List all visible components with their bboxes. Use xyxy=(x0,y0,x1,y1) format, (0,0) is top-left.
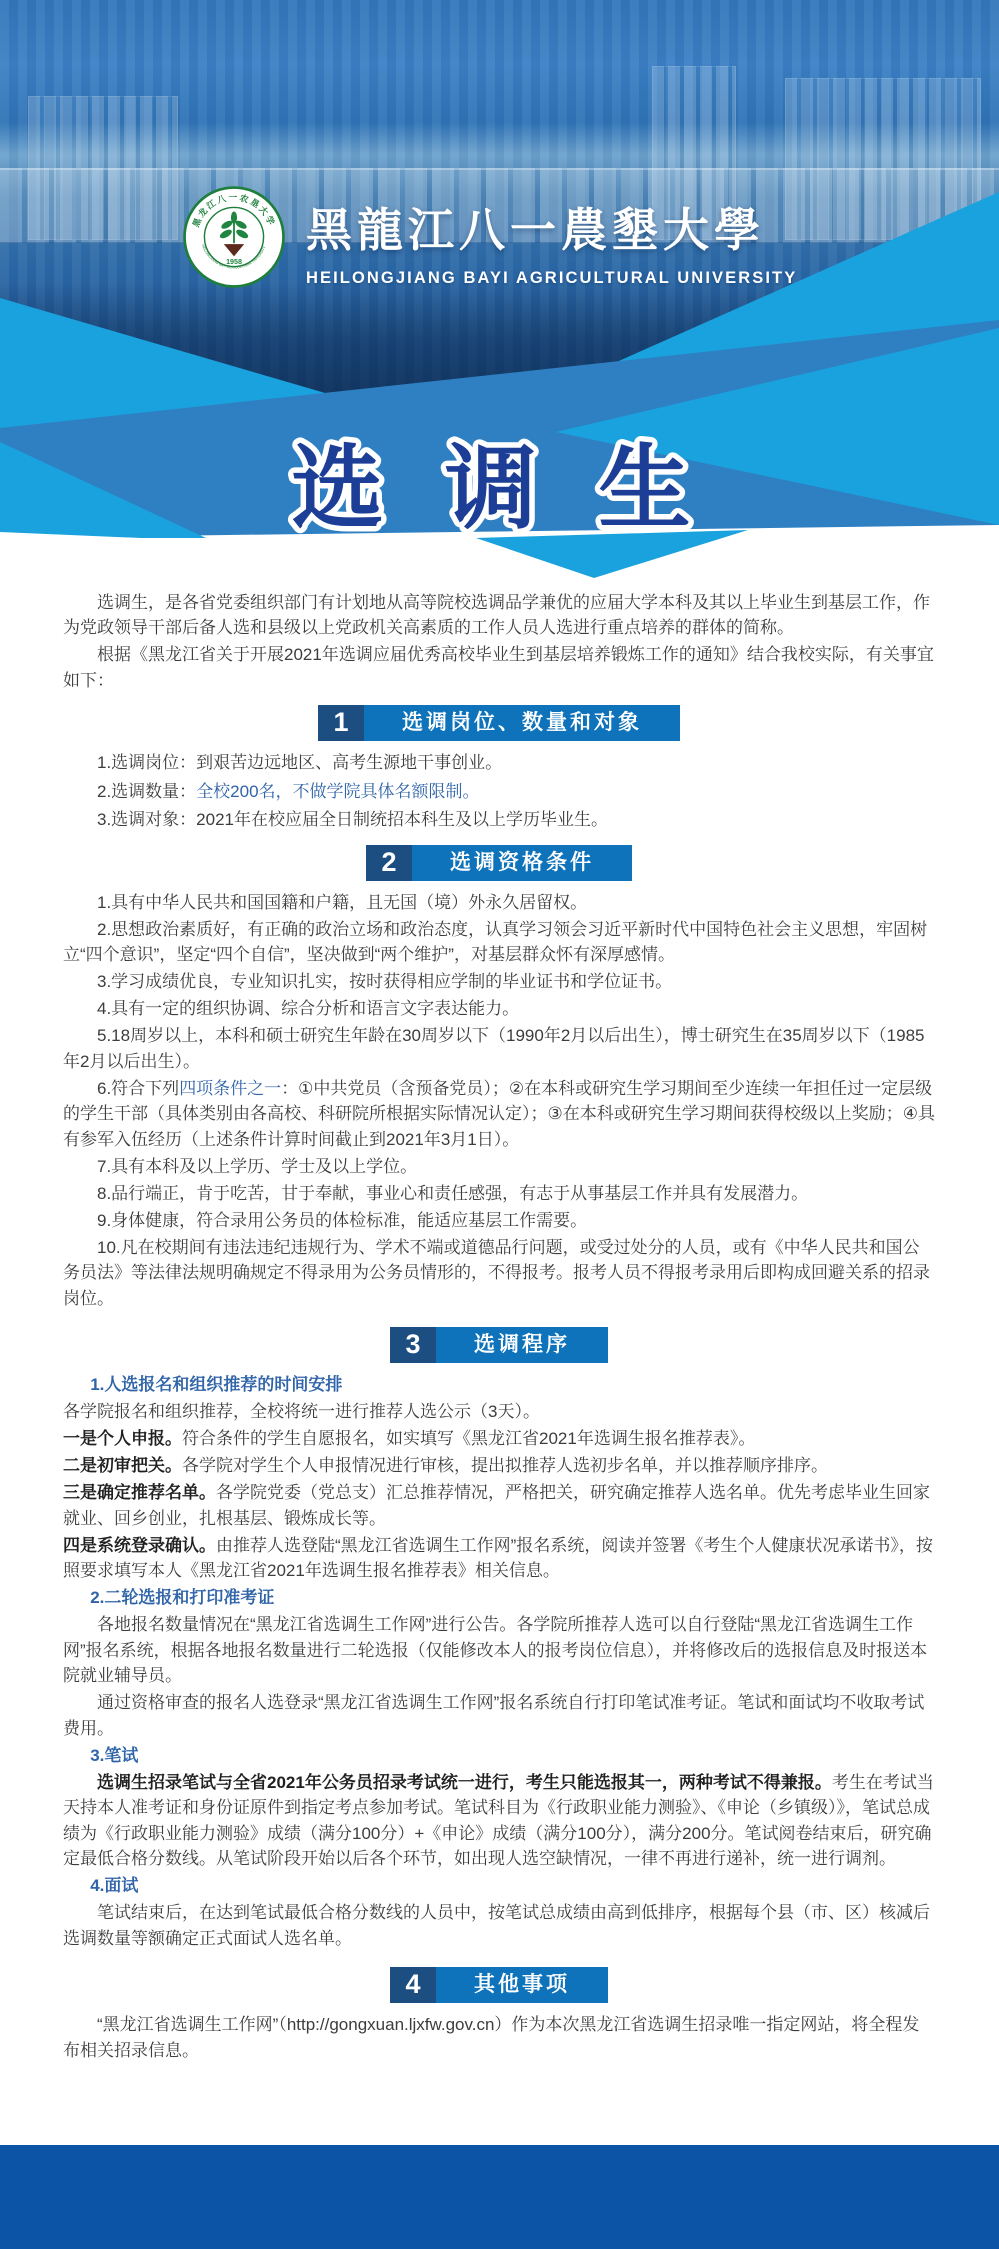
subsection-heading: 4.面试 xyxy=(63,1873,935,1899)
banner-title-svg: 选 调 生 xyxy=(180,418,820,550)
banner-title: 选 调 生 xyxy=(0,418,999,555)
paragraph: 笔试结束后，在达到笔试最低合格分数线的人员中，按笔试总成绩由高到低排序，根据每个… xyxy=(63,1900,935,1951)
item-accent-text: 全校200名，不做学院具体名额限制。 xyxy=(196,782,479,801)
list-item: 10.凡在校期间有违法违纪违规行为、学术不端或道德品行问题，或受过处分的人员，或… xyxy=(63,1235,935,1312)
paragraph-lead-bold: 四是系统登录确认。 xyxy=(63,1536,216,1555)
paragraph: 通过资格审查的报名人选登录“黑龙江省选调生工作网”报名系统自行打印笔试准考证。笔… xyxy=(63,1690,935,1741)
section-1-title: 选调岗位、数量和对象 xyxy=(364,705,680,741)
paragraph: 各学院报名和组织推荐，全校将统一进行推荐人选公示（3天）。 xyxy=(63,1399,935,1425)
poster: 黑龙江八一农垦大学 HEILONGJIANG BAYI AGRICULTURAL… xyxy=(0,0,999,2249)
content: 选调生，是各省党委组织部门有计划地从高等院校选调品学兼优的应届大学本科及其以上毕… xyxy=(0,580,999,2063)
subsection-heading: 3.笔试 xyxy=(63,1743,935,1769)
section-1-items: 1.选调岗位：到艰苦边远地区、高考生源地干事创业。 2.选调数量：全校200名，… xyxy=(63,750,935,833)
list-item: 8.品行端正，肯于吃苦，甘于奉献，事业心和责任感强，有志于从事基层工作并具有发展… xyxy=(63,1181,935,1207)
item-text: 6.符合下列 xyxy=(97,1079,179,1098)
paragraph-lead-bold: 一是个人申报。 xyxy=(63,1429,182,1448)
section-1-header: 1 选调岗位、数量和对象 xyxy=(318,705,680,741)
paragraph: 各地报名数量情况在“黑龙江省选调生工作网”进行公告。各学院所推荐人选可以自行登陆… xyxy=(63,1612,935,1689)
subsection-heading: 2.二轮选报和打印准考证 xyxy=(63,1585,935,1611)
paragraph: 四是系统登录确认。由推荐人选登陆“黑龙江省选调生工作网”报名系统，阅读并签署《考… xyxy=(63,1533,935,1584)
paragraph: 三是确定推荐名单。各学院党委（党总支）汇总推荐情况，严格把关，研究确定推荐人选名… xyxy=(63,1480,935,1531)
list-item: 2.思想政治素质好，有正确的政治立场和政治态度，认真学习领会习近平新时代中国特色… xyxy=(63,917,935,968)
list-item: 9.身体健康，符合录用公务员的体检标准，能适应基层工作需要。 xyxy=(63,1208,935,1234)
paragraph: 一是个人申报。符合条件的学生自愿报名，如实填写《黑龙江省2021年选调生报名推荐… xyxy=(63,1426,935,1452)
intro-paragraph-1: 选调生，是各省党委组织部门有计划地从高等院校选调品学兼优的应届大学本科及其以上毕… xyxy=(63,590,935,641)
section-2-title: 选调资格条件 xyxy=(412,845,632,881)
item-accent-text: 四项条件之一 xyxy=(179,1079,281,1098)
section-4-header: 4 其他事项 xyxy=(390,1967,608,2003)
list-item: 1.具有中华人民共和国国籍和户籍，且无国（境）外永久居留权。 xyxy=(63,890,935,916)
section-4-title: 其他事项 xyxy=(436,1967,608,2003)
paragraph-text: 各学院对学生个人申报情况进行审核，提出拟推荐人选初步名单，并以推荐顺序排序。 xyxy=(182,1456,828,1475)
hero-header: 黑龙江八一农垦大学 HEILONGJIANG BAYI AGRICULTURAL… xyxy=(0,0,999,580)
list-item: 5.18周岁以上，本科和硕士研究生年龄在30周岁以下（1990年2月以后出生），… xyxy=(63,1023,935,1074)
section-3-title: 选调程序 xyxy=(436,1327,608,1363)
list-item: 3.学习成绩优良，专业知识扎实，按时获得相应学制的毕业证书和学位证书。 xyxy=(63,969,935,995)
banner-title-text: 选 调 生 xyxy=(291,438,708,540)
paragraph-lead-bold: 三是确定推荐名单。 xyxy=(63,1483,216,1502)
paragraph-lead-bold: 二是初审把关。 xyxy=(63,1456,182,1475)
list-item: 6.符合下列四项条件之一：①中共党员（含预备党员）；②在本科或研究生学习期间至少… xyxy=(63,1076,935,1153)
list-item: 1.选调岗位：到艰苦边远地区、高考生源地干事创业。 xyxy=(63,750,935,776)
list-item: 3.选调对象：2021年在校应届全日制统招本科生及以上学历毕业生。 xyxy=(63,807,935,833)
list-item: 4.具有一定的组织协调、综合分析和语言文字表达能力。 xyxy=(63,996,935,1022)
section-3-body: 1.人选报名和组织推荐的时间安排 各学院报名和组织推荐，全校将统一进行推荐人选公… xyxy=(63,1372,935,1951)
paragraph-lead-bold: 选调生招录笔试与全省2021年公务员招录考试统一进行，考生只能选报其一，两种考试… xyxy=(97,1773,832,1792)
section-2-number: 2 xyxy=(366,845,412,881)
title-banner: 选 调 生 xyxy=(0,180,999,580)
paragraph-text: 符合条件的学生自愿报名，如实填写《黑龙江省2021年选调生报名推荐表》。 xyxy=(182,1429,755,1448)
footer-bar xyxy=(0,2145,999,2249)
section-3-header: 3 选调程序 xyxy=(390,1327,608,1363)
section-4-number: 4 xyxy=(390,1967,436,2003)
section-2-header: 2 选调资格条件 xyxy=(366,845,632,881)
section-2-items: 1.具有中华人民共和国国籍和户籍，且无国（境）外永久居留权。 2.思想政治素质好… xyxy=(63,890,935,1312)
subsection-heading: 1.人选报名和组织推荐的时间安排 xyxy=(63,1372,935,1398)
paragraph: 选调生招录笔试与全省2021年公务员招录考试统一进行，考生只能选报其一，两种考试… xyxy=(63,1770,935,1872)
list-item: 7.具有本科及以上学历、学士及以上学位。 xyxy=(63,1154,935,1180)
paragraph: 二是初审把关。各学院对学生个人申报情况进行审核，提出拟推荐人选初步名单，并以推荐… xyxy=(63,1453,935,1479)
section-1-number: 1 xyxy=(318,705,364,741)
list-item: 2.选调数量：全校200名，不做学院具体名额限制。 xyxy=(63,779,935,805)
website-notice-paragraph: “黑龙江省选调生工作网”（http://gongxuan.ljxfw.gov.c… xyxy=(63,2012,935,2063)
intro-paragraph-2: 根据《黑龙江省关于开展2021年选调应届优秀高校毕业生到基层培养锻炼工作的通知》… xyxy=(63,642,935,693)
item-label: 2.选调数量： xyxy=(97,782,196,801)
section-3-number: 3 xyxy=(390,1327,436,1363)
